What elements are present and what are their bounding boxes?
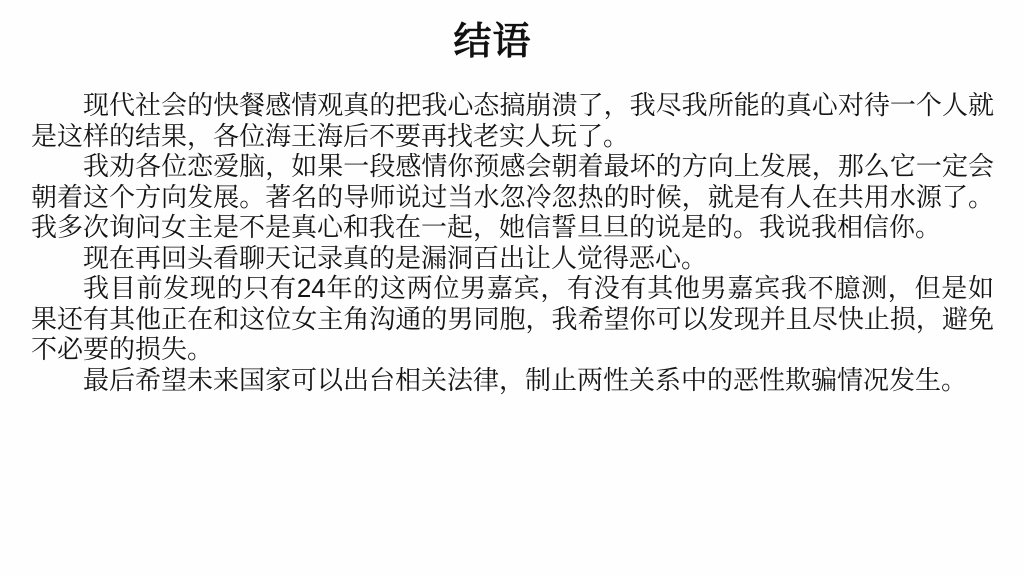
paragraph-1: 现代社会的快餐感情观真的把我心态搞崩溃了，我尽我所能的真心对待一个人就是这样的结… xyxy=(31,90,994,151)
slide-body: 现代社会的快餐感情观真的把我心态搞崩溃了，我尽我所能的真心对待一个人就是这样的结… xyxy=(31,90,994,395)
paragraph-4: 我目前发现的只有24年的这两位男嘉宾，有没有其他男嘉宾我不臆测，但是如果还有其他… xyxy=(31,273,994,365)
paragraph-3: 现在再回头看聊天记录真的是漏洞百出让人觉得恶心。 xyxy=(31,243,994,274)
paragraph-5: 最后希望未来国家可以出台相关法律，制止两性关系中的恶性欺骗情况发生。 xyxy=(31,365,994,396)
paragraph-2: 我劝各位恋爱脑，如果一段感情你预感会朝着最坏的方向上发展，那么它一定会朝着这个方… xyxy=(31,151,994,243)
presentation-slide: 结语 现代社会的快餐感情观真的把我心态搞崩溃了，我尽我所能的真心对待一个人就是这… xyxy=(0,0,1024,576)
slide-title: 结语 xyxy=(31,18,954,66)
